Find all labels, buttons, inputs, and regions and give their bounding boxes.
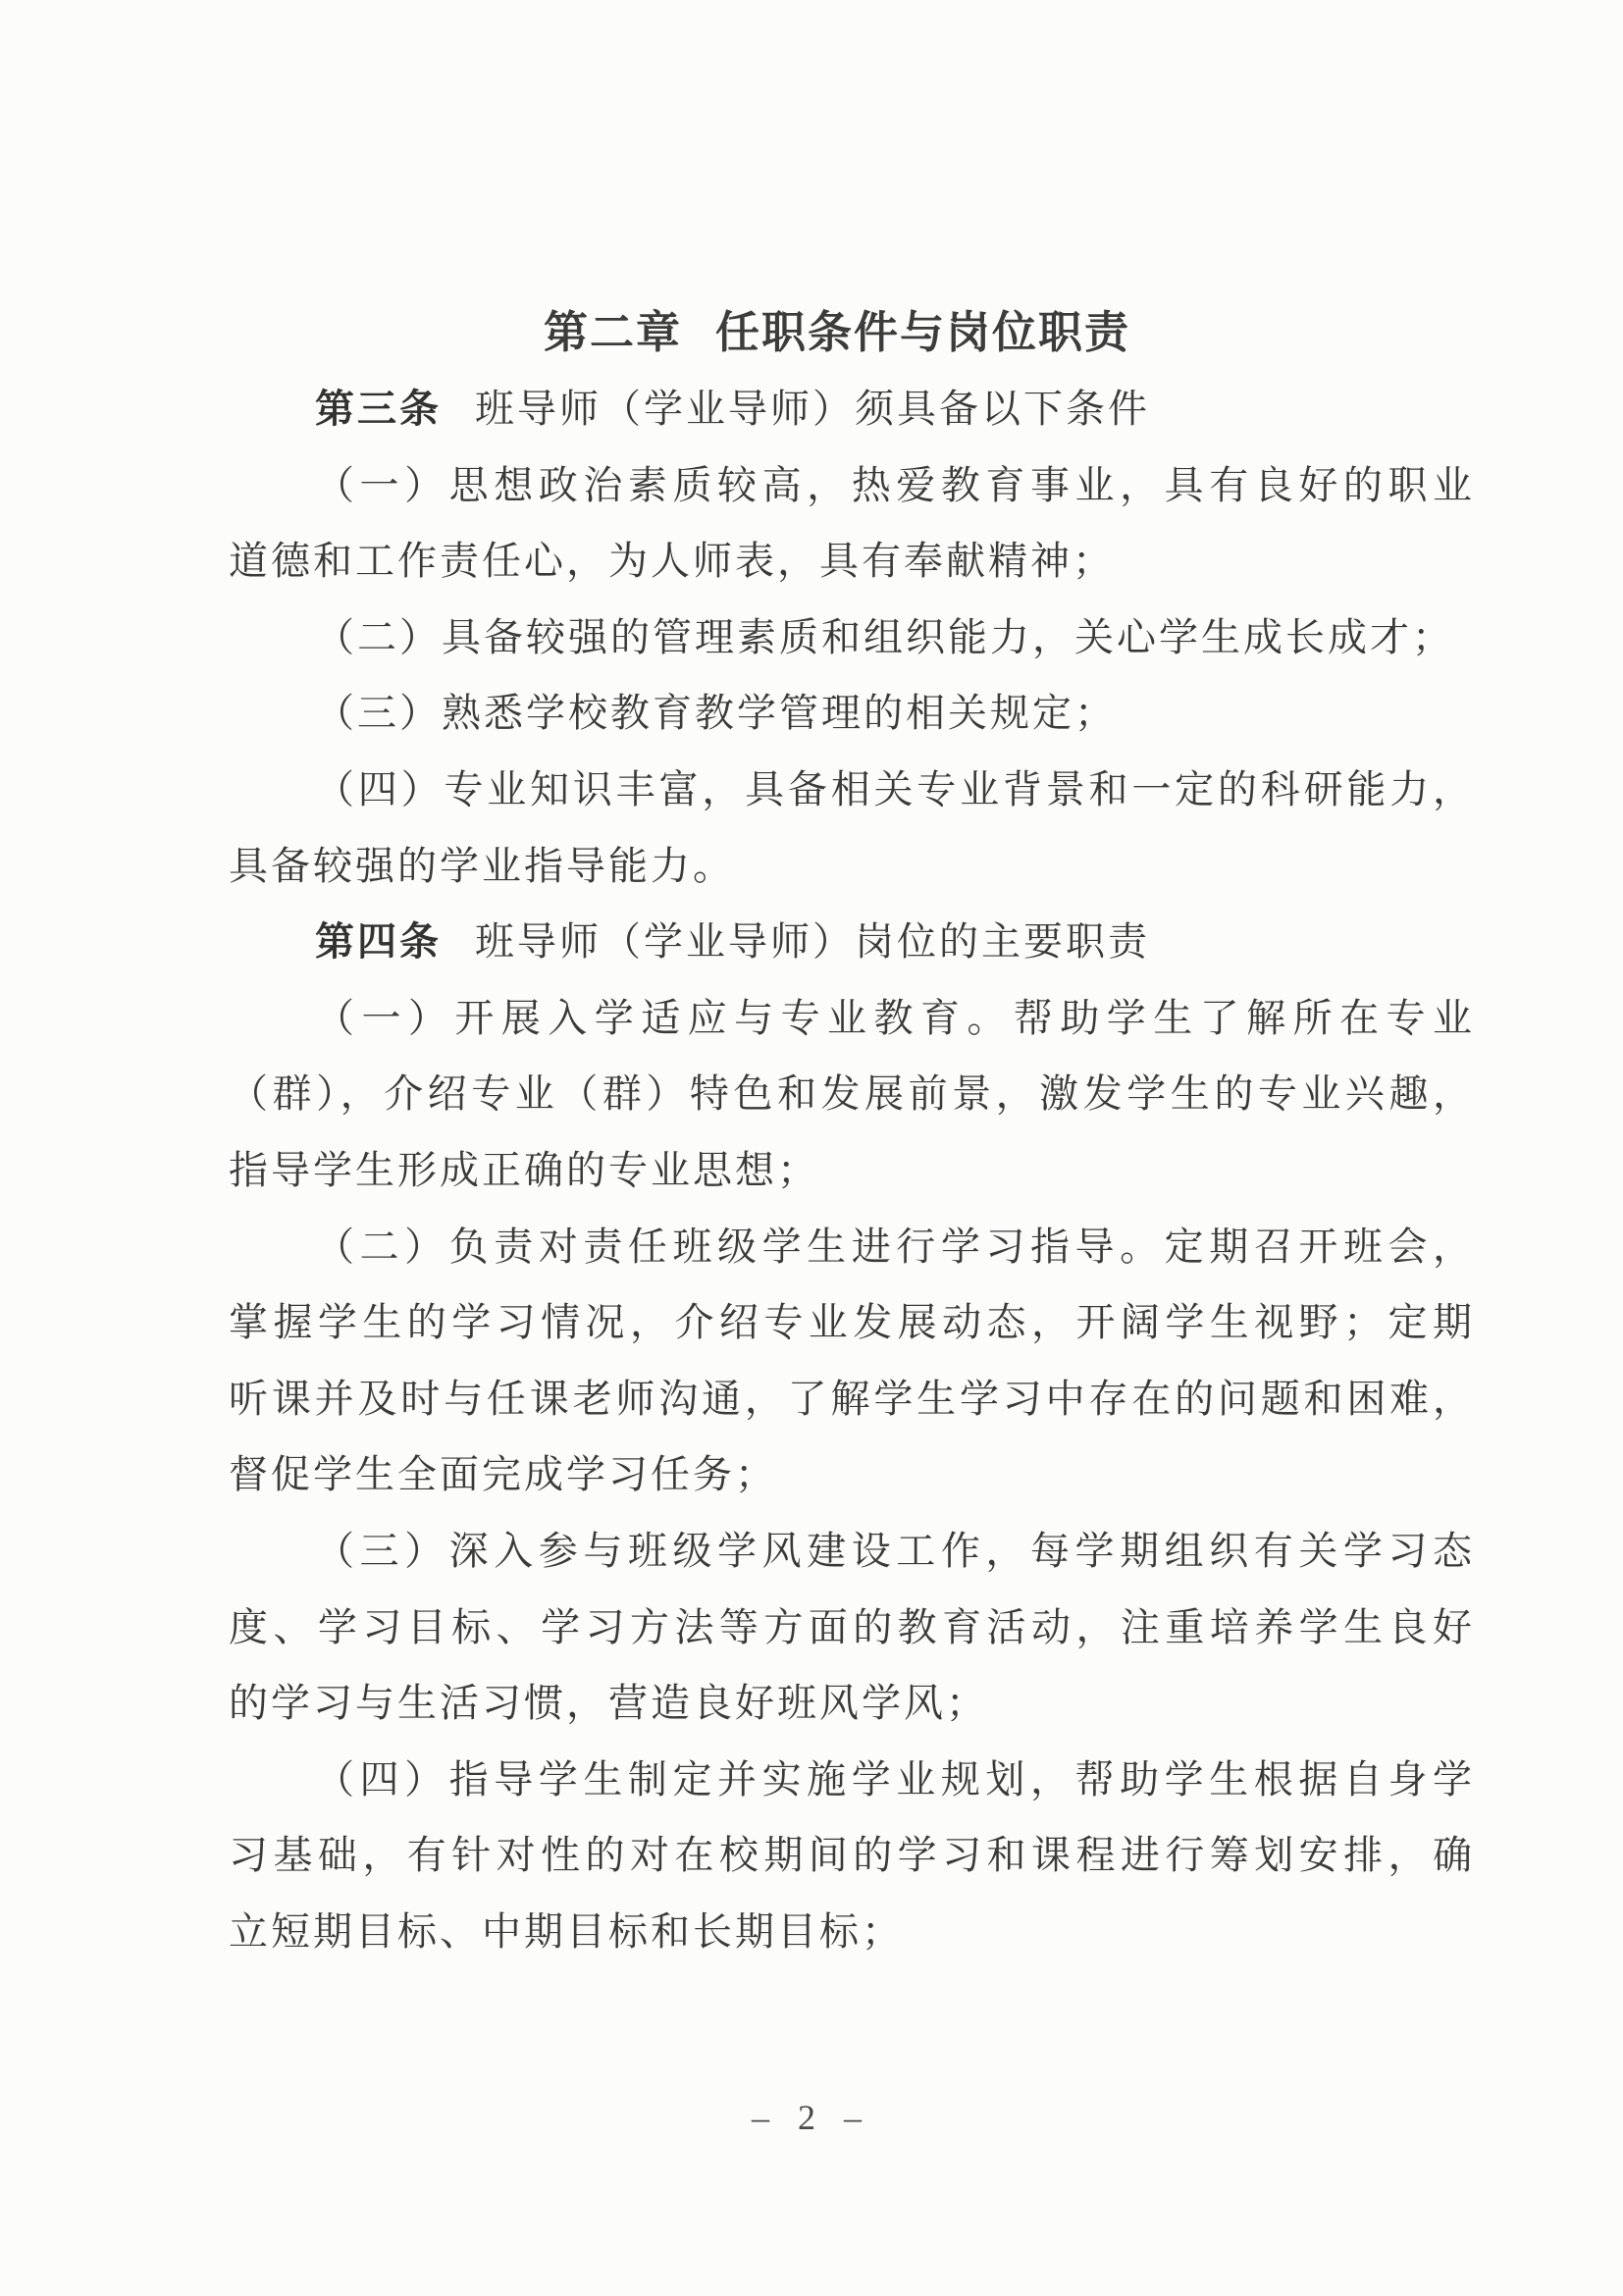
line-text: （四）指导学生制定并实施学业规划，帮助学生根据自身学 [315,1757,1475,1801]
document-line: （四）指导学生制定并实施学业规划，帮助学生根据自身学 [229,1742,1475,1818]
line-text: 督促学生全面完成学习任务； [229,1452,777,1496]
line-text: 的学习与生活习惯，营造良好班风学风； [229,1681,988,1725]
document-line: 第四条班导师（学业导师）岗位的主要职责 [229,904,1475,980]
line-text: （一）思想政治素质较高，热爱教育事业，具有良好的职业 [315,463,1475,507]
document-line: （四）专业知识丰富，具备相关专业背景和一定的科研能力， [229,752,1475,828]
line-text: （三）深入参与班级学风建设工作，每学期组织有关学习态 [315,1529,1475,1573]
document-line: （一）开展入学适应与专业教育。帮助学生了解所在专业 [229,980,1475,1057]
page-number: – 2 – [0,2088,1623,2147]
document-text-block: 第二章任职条件与岗位职责 第三条班导师（学业导师）须具备以下条件 （一）思想政治… [229,294,1475,1969]
line-text: 习基础，有针对性的对在校期间的学习和课程进行筹划安排，确 [229,1833,1475,1877]
line-text: 度、学习目标、学习方法等方面的教育活动，注重培养学生良好 [229,1605,1475,1649]
document-line: 度、学习目标、学习方法等方面的教育活动，注重培养学生良好 [229,1590,1475,1666]
document-line: 督促学生全面完成学习任务； [229,1436,1475,1513]
document-line: 习基础，有针对性的对在校期间的学习和课程进行筹划安排，确 [229,1817,1475,1894]
line-text: 班导师（学业导师）岗位的主要职责 [475,919,1150,964]
line-text: 听课并及时与任课老师沟通，了解学生学习中存在的问题和困难， [229,1377,1475,1421]
document-line: （二）负责对责任班级学生进行学习指导。定期召开班会， [229,1209,1475,1285]
document-line: 具备较强的学业指导能力。 [229,828,1475,905]
line-text: （四）专业知识丰富，具备相关专业背景和一定的科研能力， [315,767,1475,811]
chapter-number: 第二章 [544,307,682,357]
document-line: （三）深入参与班级学风建设工作，每学期组织有关学习态 [229,1513,1475,1590]
document-line: （三）熟悉学校教育教学管理的相关规定； [229,675,1475,752]
line-text: 掌握学生的学习情况，介绍专业发展动态，开阔学生视野；定期 [229,1300,1475,1344]
document-line: 道德和工作责任心，为人师表，具有奉献精神； [229,523,1475,600]
chapter-title: 任职条件与岗位职责 [715,307,1130,357]
clause-number: 第四条 [315,919,442,964]
document-line: （一）思想政治素质较高，热爱教育事业，具有良好的职业 [229,447,1475,524]
line-text: 班导师（学业导师）须具备以下条件 [475,387,1150,431]
line-text: （一）开展入学适应与专业教育。帮助学生了解所在专业 [315,996,1475,1040]
clause-number: 第三条 [315,387,442,431]
document-line: 第三条班导师（学业导师）须具备以下条件 [229,371,1475,447]
document-line: 指导学生形成正确的专业思想； [229,1132,1475,1209]
document-line: 的学习与生活习惯，营造良好班风学风； [229,1665,1475,1742]
line-text: 指导学生形成正确的专业思想； [229,1148,819,1192]
document-line: 听课并及时与任课老师沟通，了解学生学习中存在的问题和困难， [229,1361,1475,1437]
line-text: 具备较强的学业指导能力。 [229,844,735,888]
line-text: （二）负责对责任班级学生进行学习指导。定期召开班会， [315,1225,1475,1269]
chapter-heading: 第二章任职条件与岗位职责 [214,294,1460,371]
document-line: 掌握学生的学习情况，介绍专业发展动态，开阔学生视野；定期 [229,1284,1475,1361]
document-line: 立短期目标、中期目标和长期目标； [229,1894,1475,1970]
document-page: 第二章任职条件与岗位职责 第三条班导师（学业导师）须具备以下条件 （一）思想政治… [0,0,1623,2296]
document-line: （二）具备较强的管理素质和组织能力，关心学生成长成才； [229,600,1475,676]
line-text: 道德和工作责任心，为人师表，具有奉献精神； [229,539,1115,583]
line-text: （二）具备较强的管理素质和组织能力，关心学生成长成才； [315,615,1454,659]
line-text: 立短期目标、中期目标和长期目标； [229,1909,904,1954]
line-text: （三）熟悉学校教育教学管理的相关规定； [315,691,1117,735]
document-line: （群），介绍专业（群）特色和发展前景，激发学生的专业兴趣， [229,1056,1475,1132]
line-text: （群），介绍专业（群）特色和发展前景，激发学生的专业兴趣， [229,1071,1475,1116]
